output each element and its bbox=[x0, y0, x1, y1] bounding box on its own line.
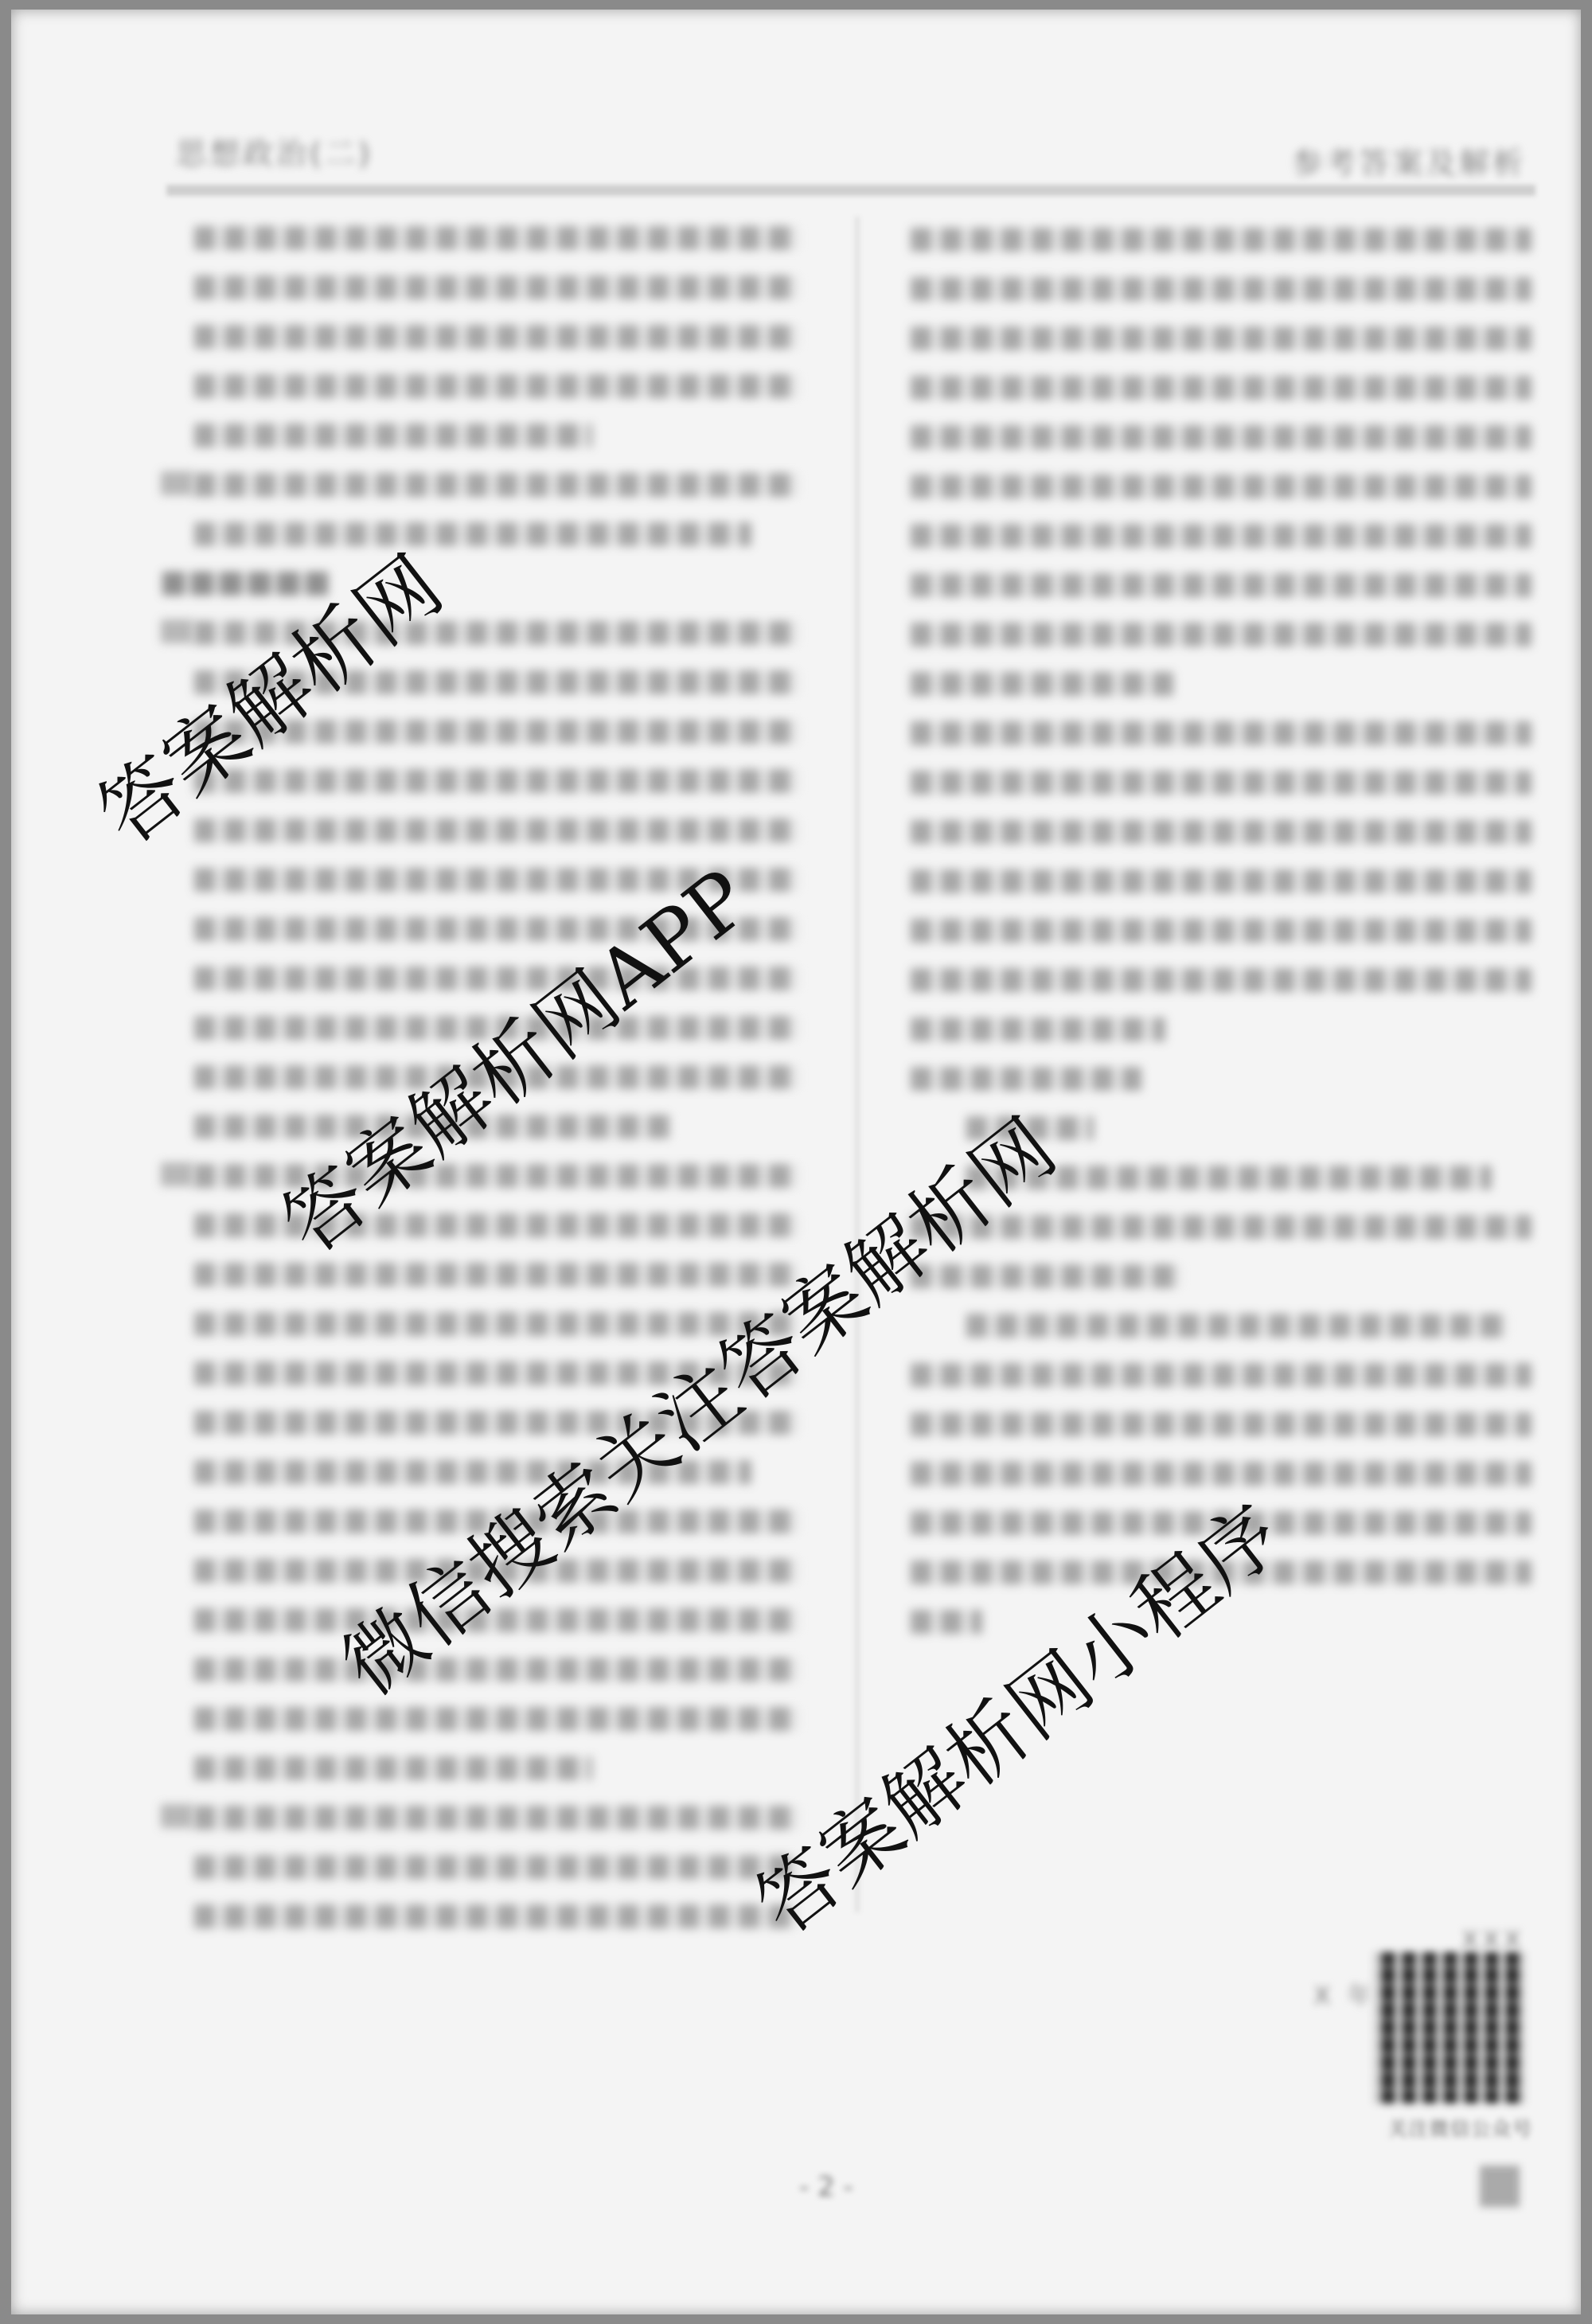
text-line bbox=[911, 909, 1539, 959]
blurred-text bbox=[911, 919, 1532, 943]
text-line bbox=[194, 1253, 823, 1303]
blurred-text bbox=[194, 374, 799, 398]
text-line bbox=[194, 463, 823, 513]
text-line bbox=[194, 1697, 823, 1747]
header-section-title: 参考答案及解析 bbox=[1292, 139, 1526, 182]
blurred-text bbox=[911, 721, 1532, 745]
blurred-text bbox=[911, 277, 1532, 301]
text-line bbox=[911, 317, 1539, 366]
text-line bbox=[911, 514, 1539, 564]
header-rule bbox=[166, 185, 1535, 196]
text-line bbox=[194, 760, 823, 809]
blurred-text bbox=[194, 226, 799, 250]
text-line bbox=[911, 662, 1539, 712]
corner-mark bbox=[1480, 2166, 1520, 2207]
blurred-text bbox=[194, 1756, 592, 1780]
text-line bbox=[194, 513, 823, 562]
blurred-text bbox=[194, 325, 799, 349]
text-line bbox=[911, 268, 1539, 317]
question-number bbox=[161, 1162, 193, 1186]
blurred-text bbox=[911, 672, 1173, 696]
blurred-text bbox=[911, 524, 1532, 548]
text-line bbox=[911, 416, 1539, 465]
text-line bbox=[911, 1255, 1539, 1304]
text-line bbox=[911, 1403, 1539, 1452]
blurred-text bbox=[911, 968, 1532, 992]
text-line bbox=[911, 218, 1539, 268]
blurred-text bbox=[911, 771, 1532, 795]
blurred-text bbox=[911, 228, 1532, 252]
blurred-text bbox=[194, 1707, 799, 1731]
text-line bbox=[911, 712, 1539, 761]
blurred-text bbox=[194, 1263, 799, 1287]
text-line bbox=[194, 1747, 823, 1796]
text-line bbox=[911, 1353, 1539, 1403]
question-number bbox=[161, 1804, 193, 1828]
header-subject-title: 思想政治(二) bbox=[176, 129, 373, 173]
blurred-text bbox=[194, 1658, 799, 1681]
column-divider bbox=[855, 217, 860, 1912]
text-line bbox=[911, 810, 1539, 860]
blurred-text bbox=[911, 425, 1532, 449]
blurred-text bbox=[911, 1067, 1141, 1091]
blurred-text bbox=[966, 1314, 1508, 1338]
text-line bbox=[911, 1304, 1539, 1353]
page-number: - 2 - bbox=[799, 2171, 853, 2203]
qr-caption: 关注微信公众号 bbox=[1388, 2113, 1533, 2141]
blurred-text bbox=[911, 623, 1532, 646]
right-column bbox=[911, 218, 1539, 1650]
text-line bbox=[194, 809, 823, 858]
text-line bbox=[194, 1846, 823, 1895]
blurred-text bbox=[911, 1610, 982, 1634]
text-line bbox=[911, 959, 1539, 1008]
blurred-text bbox=[911, 1412, 1532, 1436]
text-line bbox=[194, 1648, 823, 1697]
blurred-text bbox=[194, 769, 799, 793]
qr-code bbox=[1374, 1952, 1525, 2103]
page-header: 思想政治(二) 参考答案及解析 bbox=[166, 129, 1535, 191]
text-line bbox=[194, 266, 823, 315]
text-line bbox=[911, 860, 1539, 909]
text-line bbox=[911, 465, 1539, 514]
question-number bbox=[161, 619, 193, 643]
blurred-text bbox=[911, 573, 1532, 597]
blurred-text bbox=[911, 869, 1532, 893]
blurred-text bbox=[194, 424, 592, 447]
text-line bbox=[194, 1895, 823, 1944]
text-line bbox=[194, 365, 823, 414]
question-number bbox=[161, 471, 193, 495]
blurred-text bbox=[194, 473, 799, 497]
blurred-text bbox=[911, 1017, 1165, 1041]
blurred-text bbox=[194, 522, 751, 546]
blurred-text bbox=[194, 1855, 799, 1879]
author-line: XXX bbox=[1461, 1927, 1525, 1955]
text-line bbox=[911, 564, 1539, 613]
blurred-text bbox=[194, 818, 799, 842]
text-line bbox=[911, 366, 1539, 416]
blurred-text bbox=[911, 820, 1532, 844]
blurred-text bbox=[911, 1363, 1532, 1387]
text-line bbox=[911, 761, 1539, 810]
blurred-text bbox=[194, 275, 799, 299]
blurred-text bbox=[194, 1806, 799, 1830]
text-line bbox=[194, 414, 823, 463]
document-page: 思想政治(二) 参考答案及解析 XXX X 年 X 月 X 日 关注微信公众号 … bbox=[11, 10, 1581, 2314]
blurred-text bbox=[911, 475, 1532, 498]
blurred-text bbox=[911, 326, 1532, 350]
blurred-text bbox=[194, 1904, 799, 1928]
blurred-text bbox=[911, 376, 1532, 400]
text-line bbox=[194, 217, 823, 266]
text-line bbox=[911, 613, 1539, 662]
text-line bbox=[194, 1796, 823, 1846]
text-line bbox=[911, 1008, 1539, 1057]
text-line bbox=[194, 315, 823, 365]
